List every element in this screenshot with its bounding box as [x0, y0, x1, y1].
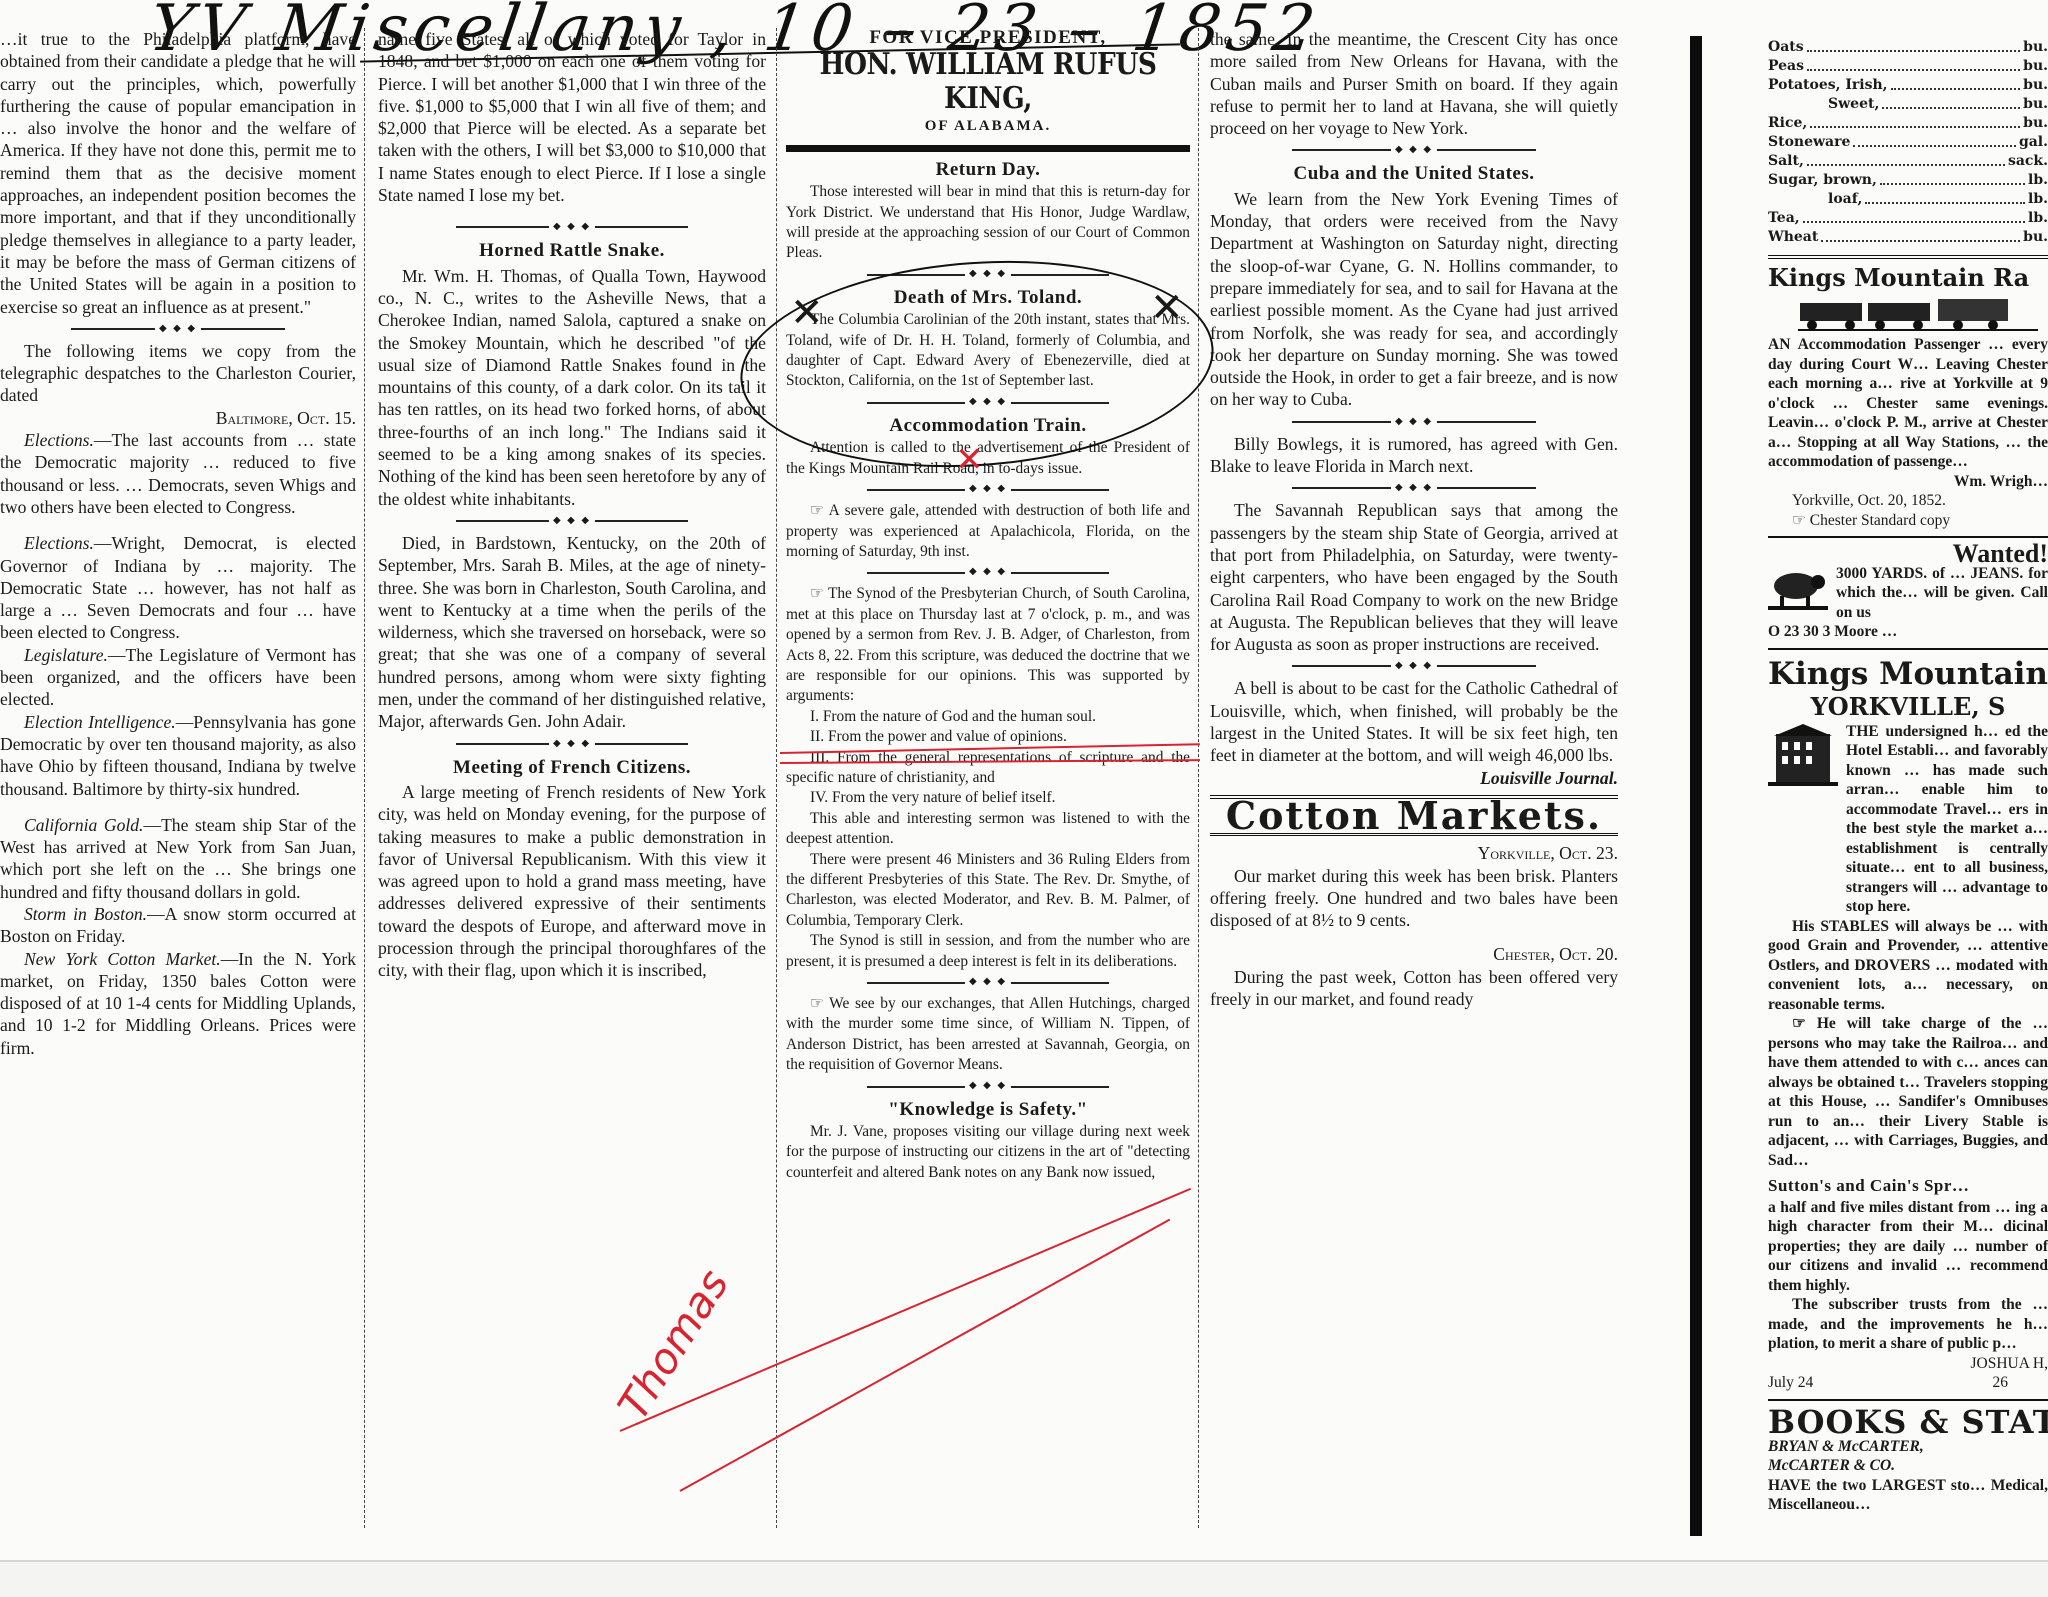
paragraph: During the past week, Cotton has been of… [1210, 966, 1618, 1011]
paragraph: Those interested will bear in mind that … [786, 182, 1190, 264]
paragraph: The Synod is still in session, and from … [786, 931, 1190, 972]
column-1: …it true to the Philadelphia platform, h… [0, 28, 356, 1059]
section-heading: Cotton Markets. [1210, 795, 1618, 836]
news-item: Elections.—The last accounts from … stat… [0, 429, 356, 518]
column-rule-thick [1690, 36, 1702, 1536]
argument-item: I. From the nature of God and the human … [786, 707, 1190, 727]
column-rule [1198, 28, 1199, 1528]
price-row: Stonewaregal. [1768, 133, 2048, 152]
ad-copy-note: ☞ Chester Standard copy [1768, 511, 2048, 531]
paragraph: ☞ A severe gale, attended with destructi… [786, 501, 1190, 562]
news-item: New York Cotton Market.—In the N. York m… [0, 948, 356, 1059]
column-4: the same. In the meantime, the Crescent … [1210, 28, 1618, 1010]
article-heading: Return Day. [786, 160, 1190, 180]
vp-label: FOR VICE PRESIDENT, [786, 28, 1190, 48]
news-item: California Gold.—The steam ship Star of … [0, 814, 356, 903]
paragraph: Died, in Bardstown, Kentucky, on the 20t… [378, 532, 766, 733]
ornamental-divider [867, 1080, 1109, 1094]
ad-footer: July 2426 [1768, 1373, 2048, 1393]
paragraph: We learn from the New York Evening Times… [1210, 188, 1618, 411]
price-row: Sweet,bu. [1768, 95, 2048, 114]
vp-name: HON. WILLIAM RUFUS KING, [810, 48, 1166, 116]
red-handwritten-name: Thomas [608, 1261, 738, 1428]
price-row: Rice,bu. [1768, 114, 2048, 133]
ornamental-divider [456, 220, 689, 234]
paragraph: A bell is about to be cast for the Catho… [1210, 677, 1618, 766]
price-row: Wheatbu. [1768, 228, 2048, 247]
ornamental-divider [1292, 143, 1537, 157]
source-credit: Louisville Journal. [1210, 767, 1618, 789]
paragraph: ☞ We see by our exchanges, that Allen Hu… [786, 994, 1190, 1076]
paragraph: A large meeting of French residents of N… [378, 781, 766, 982]
article-heading: Cuba and the United States. [1210, 163, 1618, 185]
ad-text: HAVE the two LARGEST sto… Medical, Misce… [1768, 1476, 2048, 1515]
news-item: Elections.—Wright, Democrat, is elected … [0, 532, 356, 643]
ad-text: 3000 YARDS. of … JEANS. for which the… w… [1836, 564, 2048, 623]
price-row: Oatsbu. [1768, 38, 2048, 57]
paragraph: The Columbia Carolinian of the 20th inst… [786, 310, 1190, 392]
price-row: Sugar, brown,lb. [1768, 171, 2048, 190]
ad-title: Wanted! [1768, 544, 2048, 564]
paragraph: ☞ The Synod of the Presbyterian Church, … [786, 584, 1190, 706]
argument-item: IV. From the very nature of belief itsel… [786, 788, 1190, 808]
paragraph: name five States, all of which voted for… [378, 28, 766, 206]
ad-firm: McCARTER & CO. [1768, 1456, 2048, 1476]
sheep-icon [1768, 568, 1828, 618]
ad-subtitle: YORKVILLE, S [1768, 692, 2048, 722]
column-2: name five States, all of which voted for… [378, 28, 766, 982]
ad-text: a half and five miles distant from … ing… [1768, 1198, 2048, 1296]
ornamental-divider [456, 514, 689, 528]
ad-text: AN Accommodation Passenger … every day d… [1768, 335, 2048, 472]
news-item: Storm in Boston.—A snow storm occurred a… [0, 903, 356, 948]
vp-state: OF ALABAMA. [786, 116, 1190, 136]
ornamental-divider [1292, 481, 1537, 495]
ad-text: ☞ He will take charge of the … persons w… [1768, 1014, 2048, 1170]
paragraph: the same. In the meantime, the Crescent … [1210, 28, 1618, 139]
ornamental-divider [867, 976, 1109, 990]
paragraph: Billy Bowlegs, it is rumored, has agreed… [1210, 433, 1618, 478]
price-row: Peasbu. [1768, 57, 2048, 76]
red-x-mark-icon: ✕ [955, 440, 984, 480]
train-illustration-icon [1768, 297, 2048, 331]
ornamental-divider [867, 566, 1109, 580]
ad-title: BOOKS & STATIO [1768, 1407, 2048, 1437]
ad-text: His STABLES will always be … with good G… [1768, 917, 2048, 1015]
paragraph: Mr. Wm. H. Thomas, of Qualla Town, Haywo… [378, 265, 766, 510]
newspaper-page: YV Miscellany , 10 – 23 – 1852 …it true … [0, 0, 2048, 1562]
ad-text: The subscriber trusts from the … made, a… [1768, 1295, 2048, 1354]
red-strike-annotation [680, 1219, 1171, 1492]
paragraph: The following items we copy from the tel… [0, 340, 356, 407]
argument-item: III. From the general representations of… [786, 748, 1190, 789]
dateline: Yorkville, Oct. 23. [1210, 842, 1618, 864]
article-heading: Horned Rattle Snake. [378, 240, 766, 262]
ad-footer: O 23 30 3 Moore … [1768, 622, 2048, 642]
dateline: Chester, Oct. 20. [1210, 943, 1618, 965]
column-5-ads: Oatsbu. Peasbu. Potatoes, Irish,bu. Swee… [1768, 28, 2048, 1515]
thick-rule [786, 145, 1190, 152]
column-rule [776, 28, 777, 1528]
hotel-building-icon [1768, 722, 1838, 792]
price-list: Oatsbu. Peasbu. Potatoes, Irish,bu. Swee… [1768, 38, 2048, 247]
ad-text: THE undersigned h… ed the Hotel Establi…… [1846, 722, 2048, 917]
ad-heading: Sutton's and Cain's Spr… [1768, 1176, 2048, 1196]
ornamental-divider [867, 396, 1109, 410]
ink-x-mark-icon: ✕ [790, 290, 824, 336]
ad-signature: JOSHUA H, [1768, 1354, 2048, 1374]
item-label: Elections. [24, 430, 94, 450]
article-heading: Meeting of French Citizens. [378, 757, 766, 779]
ornamental-divider [71, 322, 285, 336]
ornamental-divider [456, 737, 689, 751]
price-row: Potatoes, Irish,bu. [1768, 76, 2048, 95]
ad-title: Kings Mountain Ra [1768, 263, 2048, 293]
paragraph: The Savannah Republican says that among … [1210, 499, 1618, 655]
price-row: loaf,lb. [1768, 190, 2048, 209]
ornamental-divider [1292, 659, 1537, 673]
ad-date: Yorkville, Oct. 20, 1852. [1768, 491, 2048, 511]
paragraph: Mr. J. Vane, proposes visiting our villa… [786, 1122, 1190, 1183]
paragraph: Our market during this week has been bri… [1210, 865, 1618, 932]
ornamental-divider [1292, 415, 1537, 429]
ink-x-mark-icon: ✕ [1150, 285, 1184, 331]
article-heading: Accommodation Train. [786, 416, 1190, 436]
ornamental-divider [867, 483, 1109, 497]
ornamental-divider [867, 268, 1109, 282]
article-heading: Death of Mrs. Toland. [786, 288, 1190, 308]
column-rule [364, 28, 365, 1528]
paragraph: Attention is called to the advertisement… [786, 438, 1190, 479]
dateline: Baltimore, Oct. 15. [0, 407, 356, 429]
price-row: Salt,sack. [1768, 152, 2048, 171]
paragraph: There were present 46 Ministers and 36 R… [786, 850, 1190, 932]
price-row: Tea,lb. [1768, 209, 2048, 228]
paragraph: This able and interesting sermon was lis… [786, 809, 1190, 850]
ad-title: Kings Mountain [1768, 656, 2048, 692]
paragraph: …it true to the Philadelphia platform, h… [0, 28, 356, 318]
news-item: Election Intelligence.—Pennsylvania has … [0, 711, 356, 800]
article-heading: "Knowledge is Safety." [786, 1100, 1190, 1120]
ad-signature: Wm. Wrigh… [1768, 472, 2048, 492]
news-item: Legislature.—The Legislature of Vermont … [0, 644, 356, 711]
column-3: FOR VICE PRESIDENT, HON. WILLIAM RUFUS K… [786, 28, 1190, 1183]
